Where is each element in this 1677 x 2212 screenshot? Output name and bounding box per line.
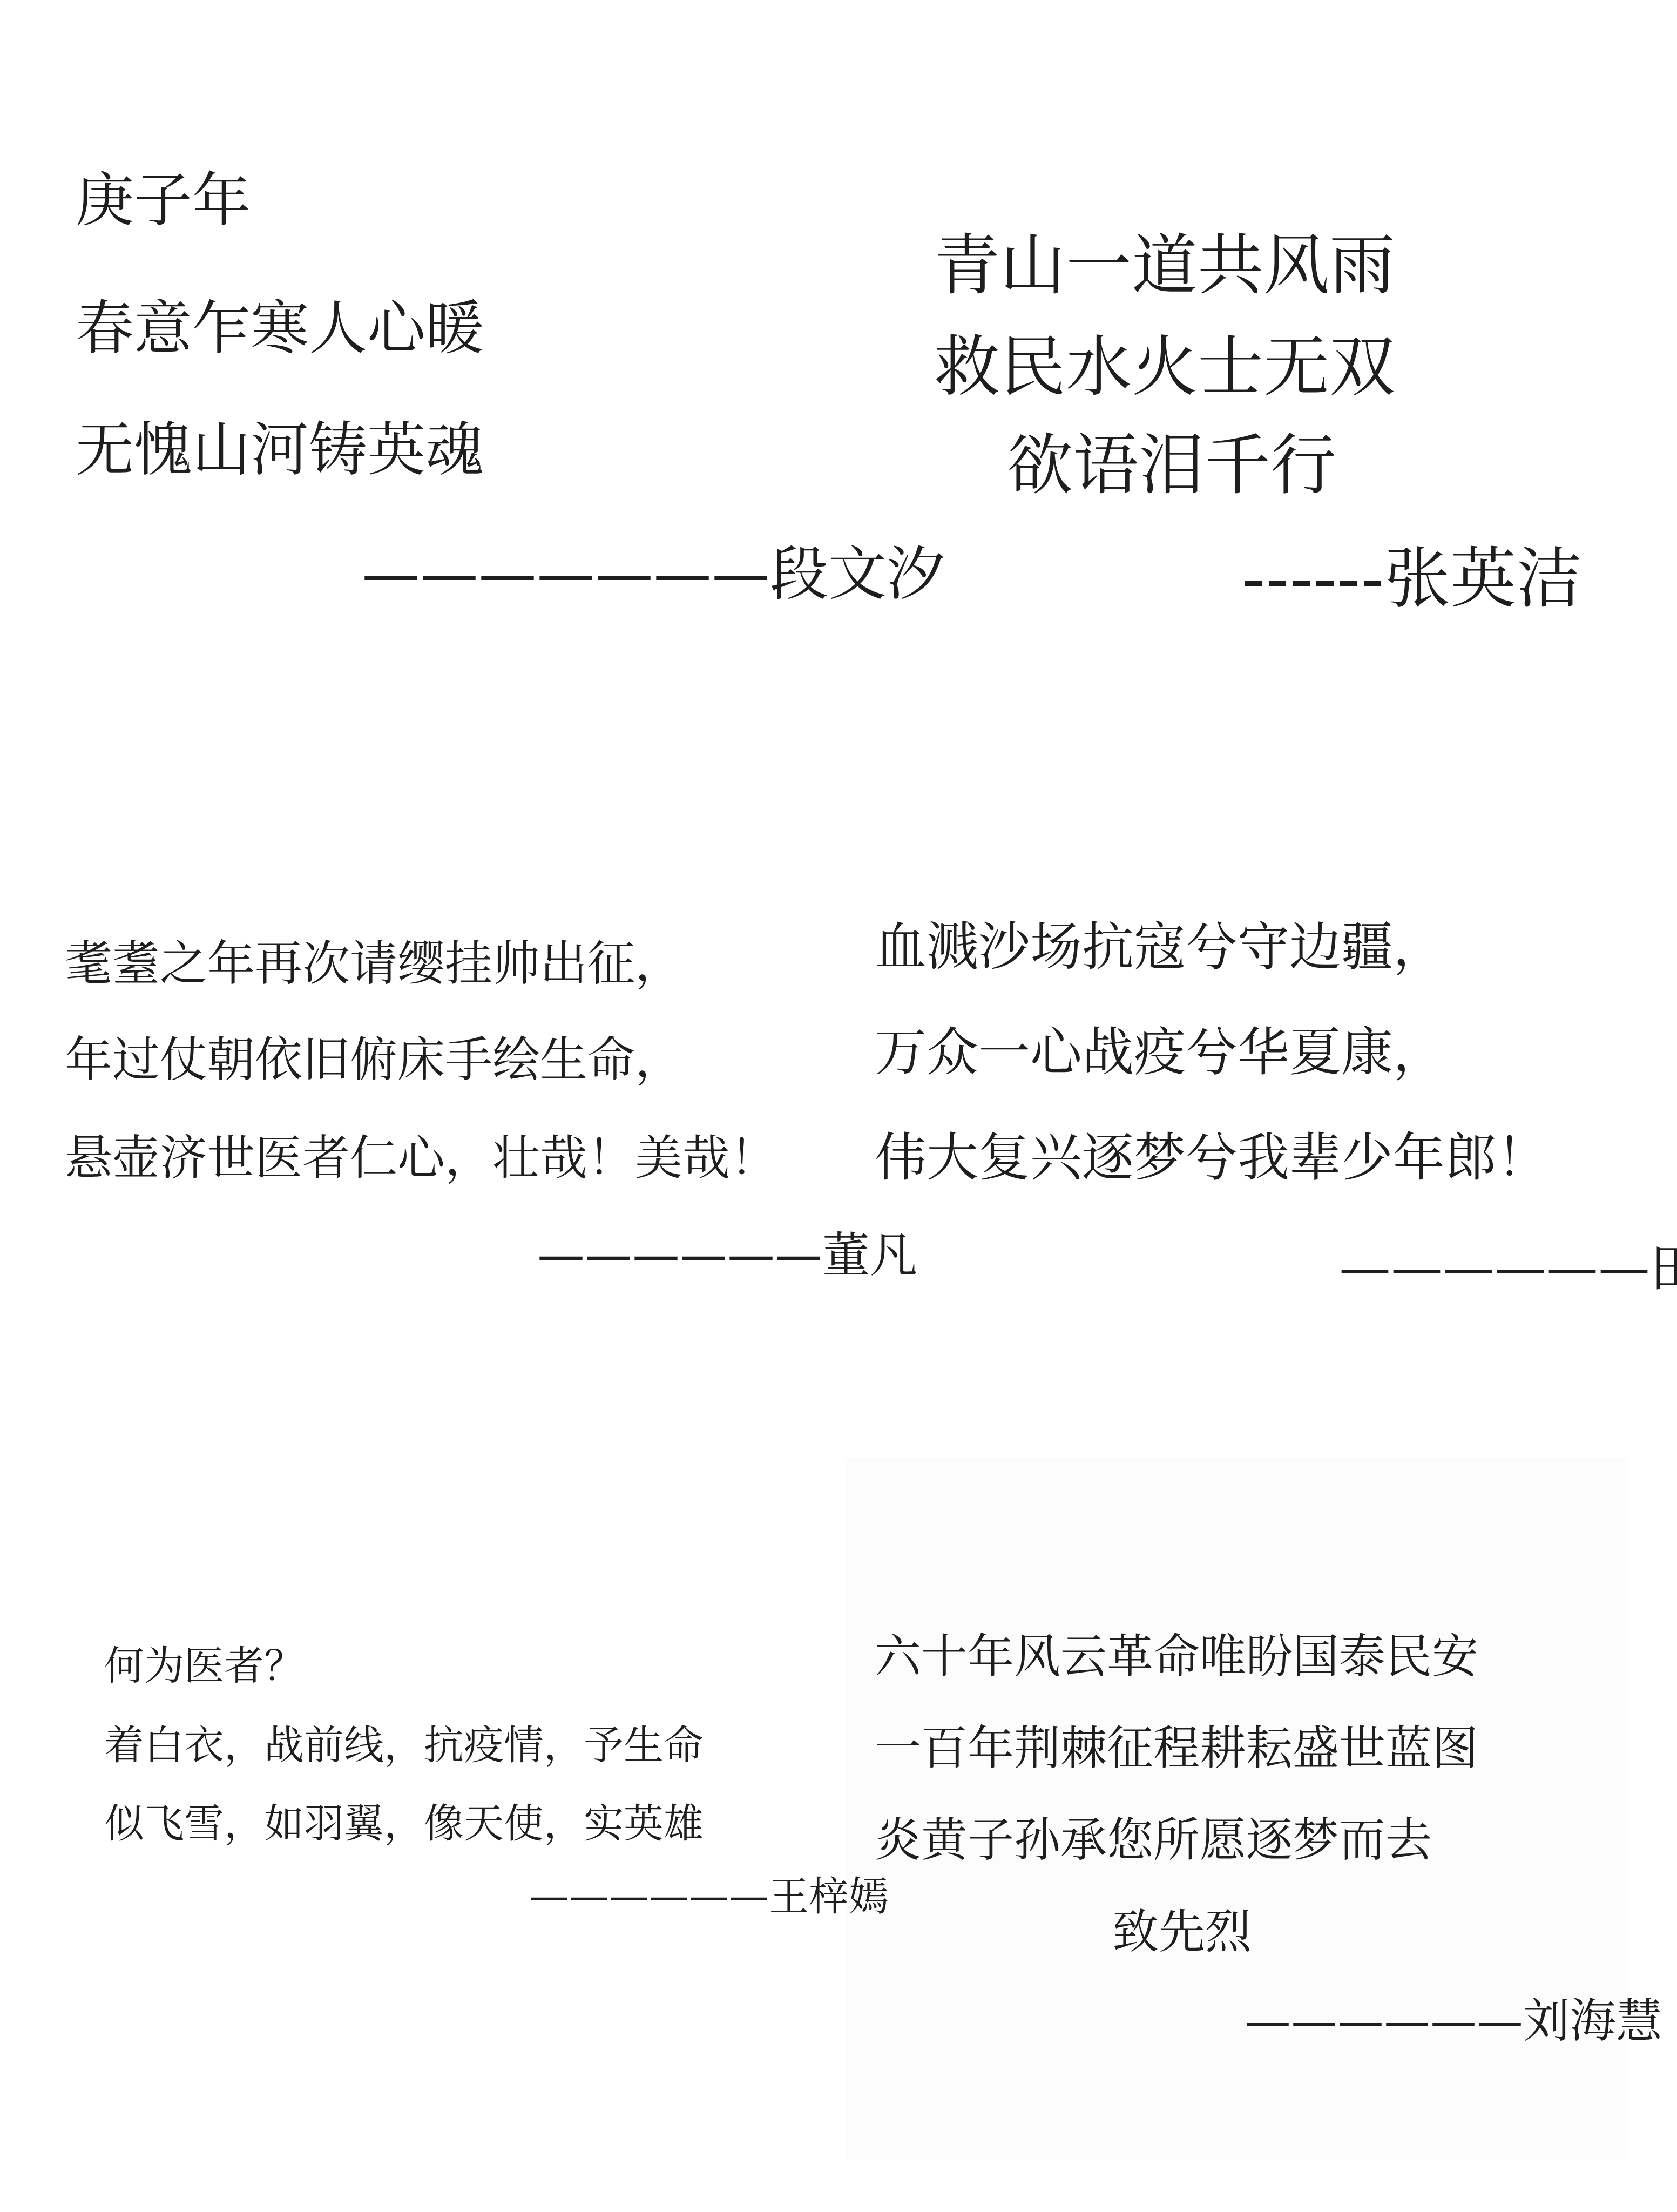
poem-line: 春意乍寒人心暖 xyxy=(76,300,484,358)
poem-line: 似飞雪，如羽翼，像天使，实英雄 xyxy=(104,1804,704,1844)
poem-line: 青山一道共风雨 xyxy=(934,232,1395,298)
poem-signature: ——————刘海慧 xyxy=(1245,1998,1662,2045)
poem-signature: ------张英洁 xyxy=(1242,545,1582,611)
poem-signature: ——————田歌 xyxy=(1339,1242,1677,1294)
poem-line: 庚子年 xyxy=(76,172,251,230)
poem-line: 六十年风云革命唯盼国泰民安 xyxy=(875,1634,1478,1680)
poem-line: 欲语泪千行 xyxy=(1007,432,1336,498)
poem-line: 伟大复兴逐梦兮我辈少年郎！ xyxy=(875,1131,1548,1183)
poem-line: 救民水火士无双 xyxy=(934,334,1395,400)
poem-line: 无愧山河铸英魂 xyxy=(76,421,484,480)
poem-line: 何为医者？ xyxy=(104,1646,304,1686)
poem-line: 血溅沙场抗寇兮守边疆， xyxy=(875,921,1445,973)
poem-line: 耄耋之年再次请缨挂帅出征， xyxy=(65,940,682,987)
poem-line: 万众一心战疫兮华夏康， xyxy=(875,1026,1445,1078)
poem-line: 年过仗朝依旧俯床手绘生命， xyxy=(65,1036,682,1083)
poem-line: 一百年荆棘征程耕耘盛世蓝图 xyxy=(875,1725,1478,1772)
poem-line: 着白衣，战前线，抗疫情，予生命 xyxy=(104,1725,704,1765)
poem-signature: ——————董凡 xyxy=(537,1231,917,1279)
poem-line: 炎黄子孙承您所愿逐梦而去 xyxy=(875,1817,1432,1864)
poem-signature: ——————王梓嫣 xyxy=(529,1877,889,1917)
poem-signature: ———————段文汐 xyxy=(362,545,945,604)
poem-line: 悬壶济世医者仁心，壮哉！美哉！ xyxy=(65,1134,777,1182)
poem-panel-background xyxy=(845,1458,1628,2160)
poem-line: 致先烈 xyxy=(1112,1909,1252,1955)
